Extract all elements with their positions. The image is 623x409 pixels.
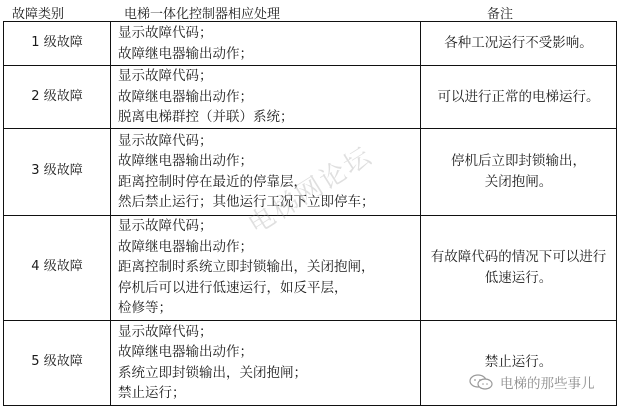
processing-line: 显示故障代码；	[118, 66, 420, 87]
processing-cell: 显示故障代码； 故障继电器输出动作； 脱离电梯群控（并联）系统；	[111, 66, 421, 129]
fault-category-cell: 2 级故障	[4, 66, 111, 129]
processing-line: 故障继电器输出动作；	[118, 151, 420, 172]
header-fault-category: 故障类别	[12, 3, 64, 22]
fault-category-cell: 1 级故障	[4, 22, 111, 66]
processing-cell: 显示故障代码； 故障继电器输出动作； 系统立即封锁输出，关闭抱闸； 禁止运行；	[111, 320, 421, 405]
table-header: 故障类别 电梯一体化控制器相应处理 备注	[0, 0, 623, 22]
processing-line: 显示故障代码；	[118, 216, 420, 237]
processing-line: 故障继电器输出动作；	[118, 87, 420, 108]
fault-category-cell: 3 级故障	[4, 128, 111, 215]
remark-line: 可以进行正常的电梯运行。	[421, 87, 616, 108]
remark-cell: 停机后立即封锁输出， 关闭抱闸。	[421, 128, 617, 215]
processing-line: 距离控制时停在最近的停靠层，	[118, 172, 420, 193]
remark-line: 停机后立即封锁输出，	[421, 151, 616, 172]
processing-line: 检修等；	[118, 298, 420, 319]
processing-line: 显示故障代码；	[118, 23, 420, 44]
header-controller-processing: 电梯一体化控制器相应处理	[124, 3, 280, 22]
processing-line: 停机后可以进行低速运行，如反平层，	[118, 278, 420, 299]
remark-line: 禁止运行。	[421, 352, 616, 373]
table-row: 3 级故障 显示故障代码； 故障继电器输出动作； 距离控制时停在最近的停靠层， …	[4, 128, 617, 215]
table-row: 5 级故障 显示故障代码； 故障继电器输出动作； 系统立即封锁输出，关闭抱闸； …	[4, 320, 617, 405]
remark-cell: 禁止运行。	[421, 320, 617, 405]
processing-line: 故障继电器输出动作；	[118, 342, 420, 363]
table-row: 2 级故障 显示故障代码； 故障继电器输出动作； 脱离电梯群控（并联）系统； 可…	[4, 66, 617, 129]
processing-line: 故障继电器输出动作；	[118, 237, 420, 258]
remark-line: 有故障代码的情况下可以进行	[421, 247, 616, 268]
processing-line: 显示故障代码；	[118, 131, 420, 152]
processing-line: 显示故障代码；	[118, 322, 420, 343]
processing-line: 然后禁止运行；其他运行工况下立即停车；	[118, 192, 420, 213]
processing-line: 距离控制时系统立即封锁输出，关闭抱闸，	[118, 257, 420, 278]
fault-category-cell: 5 级故障	[4, 320, 111, 405]
processing-line: 故障继电器输出动作；	[118, 44, 420, 65]
fault-category-cell: 4 级故障	[4, 215, 111, 320]
processing-cell: 显示故障代码； 故障继电器输出动作； 距离控制时系统立即封锁输出，关闭抱闸， 停…	[111, 215, 421, 320]
remark-line: 关闭抱闸。	[421, 172, 616, 193]
remark-cell: 各种工况运行不受影响。	[421, 22, 617, 66]
processing-line: 系统立即封锁输出，关闭抱闸；	[118, 363, 420, 384]
table-row: 1 级故障 显示故障代码； 故障继电器输出动作； 各种工况运行不受影响。	[4, 22, 617, 66]
header-remarks: 备注	[487, 3, 513, 22]
table-row: 4 级故障 显示故障代码； 故障继电器输出动作； 距离控制时系统立即封锁输出，关…	[4, 215, 617, 320]
remark-line: 低速运行。	[421, 268, 616, 289]
remark-line: 各种工况运行不受影响。	[421, 33, 616, 54]
processing-cell: 显示故障代码； 故障继电器输出动作；	[111, 22, 421, 66]
processing-cell: 显示故障代码； 故障继电器输出动作； 距离控制时停在最近的停靠层， 然后禁止运行…	[111, 128, 421, 215]
remark-cell: 有故障代码的情况下可以进行 低速运行。	[421, 215, 617, 320]
remark-cell: 可以进行正常的电梯运行。	[421, 66, 617, 129]
processing-line: 禁止运行；	[118, 383, 420, 404]
processing-line: 脱离电梯群控（并联）系统；	[118, 107, 420, 128]
fault-level-table: 1 级故障 显示故障代码； 故障继电器输出动作； 各种工况运行不受影响。 2 级…	[3, 21, 617, 406]
